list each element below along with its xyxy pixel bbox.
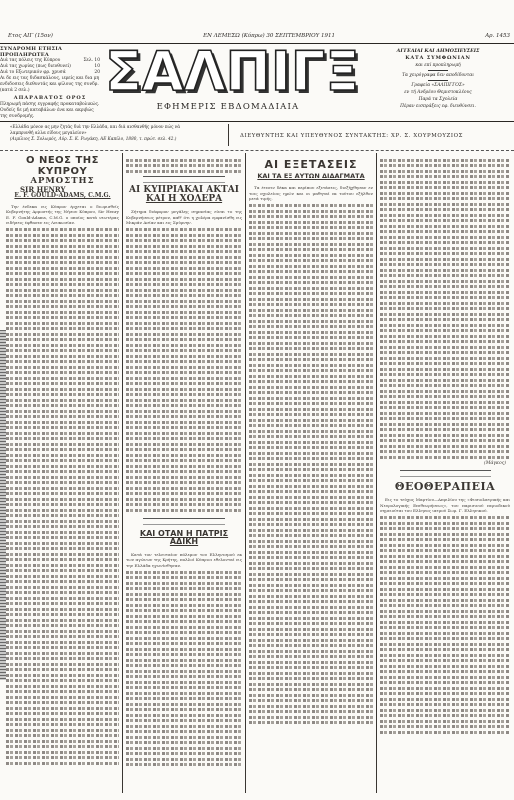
text-line <box>380 670 510 673</box>
text-line <box>380 610 510 613</box>
text-line <box>380 703 510 706</box>
text-line <box>6 459 119 462</box>
notices-line: Πέραν εισπράξεις εφ. διευθύνσει. <box>366 103 510 110</box>
terms-title: ΑΠΑΡΑΒΑΤΟΣ ΟΡΟΣ <box>0 95 100 101</box>
text-line <box>249 463 373 466</box>
text-line <box>126 448 242 451</box>
text-line <box>6 371 119 374</box>
text-line <box>380 247 510 250</box>
terms-text: Πληρωμή πάσης εγγραφής προκαταβολικώς. Ο… <box>0 102 100 120</box>
text-line <box>126 377 242 380</box>
text-line <box>126 631 242 634</box>
text-line <box>249 402 373 405</box>
text-line <box>380 698 510 701</box>
text-line <box>249 501 373 504</box>
subscription-box: ΣΥΝΔΡΟΜΗ ΕΤΗΣΙΑ ΠΡΟΠΛΗΡΩΤΕΑ Διά τας πόλε… <box>0 46 100 120</box>
text-line <box>380 164 510 167</box>
text-line <box>6 228 119 231</box>
text-line <box>126 170 242 173</box>
text-line <box>249 644 373 647</box>
text-line <box>126 344 242 347</box>
text-line <box>380 626 510 629</box>
text-line <box>6 289 119 292</box>
text-line <box>380 159 510 162</box>
text-line <box>6 624 119 627</box>
text-line <box>6 509 119 512</box>
ornament-divider <box>143 518 224 525</box>
text-line <box>249 446 373 449</box>
article-headline: ΚΑΙ ΟΤΑΝ Η ΠΑΤΡΙΣ ΑΔΙΚΗ <box>126 530 242 547</box>
text-line <box>380 725 510 728</box>
text-line <box>249 298 373 301</box>
text-line <box>380 219 510 222</box>
text-line <box>6 619 119 622</box>
text-line <box>6 481 119 484</box>
text-line <box>249 490 373 493</box>
text-line <box>6 355 119 358</box>
text-line <box>126 653 242 656</box>
text-line <box>6 547 119 550</box>
text-line <box>380 406 510 409</box>
text-line <box>249 496 373 499</box>
masthead-letter: Π <box>225 46 270 98</box>
masthead-letter: Λ <box>184 46 226 98</box>
text-line <box>380 296 510 299</box>
notices-box: ΑΓΓΕΛΙΑΙ ΚΑΙ ΔΗΜΟΣΙΕΥΣΕΙΣ ΚΑΤΑ ΣΥΜΦΩΝΙΑΝ… <box>366 48 510 110</box>
text-line <box>249 589 373 592</box>
text-line <box>6 487 119 490</box>
text-line <box>380 241 510 244</box>
text-line <box>126 239 242 242</box>
subscription-title: ΣΥΝΔΡΟΜΗ ΕΤΗΣΙΑ ΠΡΟΠΛΗΡΩΤΕΑ <box>0 46 100 58</box>
text-line <box>6 641 119 644</box>
text-line <box>126 393 242 396</box>
text-line <box>380 637 510 640</box>
article-lead: Κατά τον τελευταίον πόλεμον του Ελληνισμ… <box>126 552 242 569</box>
text-line <box>249 716 373 719</box>
text-line <box>249 248 373 251</box>
text-line <box>380 302 510 305</box>
text-line <box>6 333 119 336</box>
text-line <box>380 401 510 404</box>
notices-line: Τα χειρόγραφα δεν αποδίδονται <box>366 72 510 79</box>
text-line <box>380 582 510 585</box>
text-line <box>126 245 242 248</box>
text-line <box>6 283 119 286</box>
text-line <box>249 441 373 444</box>
text-line <box>380 549 510 552</box>
text-line <box>249 292 373 295</box>
text-line <box>249 606 373 609</box>
text-line <box>380 368 510 371</box>
text-line <box>6 415 119 418</box>
text-line <box>126 487 242 490</box>
text-line <box>249 380 373 383</box>
text-line <box>6 707 119 710</box>
text-line <box>249 408 373 411</box>
text-line <box>249 551 373 554</box>
text-line <box>126 470 242 473</box>
text-line <box>249 661 373 664</box>
year-label: Ετος ΑΙΓ (15ον) <box>8 33 53 43</box>
text-line <box>126 509 242 512</box>
epigraph-divider <box>228 124 229 146</box>
text-line <box>6 602 119 605</box>
text-line <box>6 382 119 385</box>
text-line <box>249 529 373 532</box>
text-line <box>126 730 242 733</box>
text-line <box>249 683 373 686</box>
text-line <box>6 575 119 578</box>
text-line <box>126 278 242 281</box>
text-line <box>6 498 119 501</box>
text-line <box>249 320 373 323</box>
text-line <box>380 225 510 228</box>
text-line <box>380 709 510 712</box>
text-line <box>126 648 242 651</box>
text-line <box>380 599 510 602</box>
text-line <box>126 305 242 308</box>
text-line <box>6 250 119 253</box>
text-line <box>249 567 373 570</box>
text-line <box>126 360 242 363</box>
text-line <box>126 322 242 325</box>
text-line <box>249 397 373 400</box>
text-line <box>249 342 373 345</box>
text-line <box>249 699 373 702</box>
text-line <box>380 544 510 547</box>
text-line <box>126 311 242 314</box>
text-line <box>126 670 242 673</box>
text-line <box>380 692 510 695</box>
article-examinations: ΑΙ ΕΞΕΤΑΣΕΙΣ ΚΑΙ ΤΑ ΕΞ ΑΥΤΩΝ ΔΙΔΑΓΜΑΤΑ Τ… <box>249 156 373 796</box>
article-headline: ΑΙ ΕΞΕΤΑΣΕΙΣ <box>249 159 373 171</box>
text-line <box>126 371 242 374</box>
text-line <box>6 569 119 572</box>
notices-divider <box>428 80 448 81</box>
text-line <box>6 261 119 264</box>
text-line <box>126 498 242 501</box>
text-line <box>249 573 373 576</box>
text-line <box>126 763 242 766</box>
column-divider <box>122 153 123 793</box>
text-line <box>126 758 242 761</box>
text-line <box>249 677 373 680</box>
text-line <box>380 566 510 569</box>
text-line <box>249 325 373 328</box>
article-cyprus-coasts-cholera: ΑΙ ΚΥΠΡΙΑΚΑΙ ΑΚΤΑΙ ΚΑΙ Η ΧΟΛΕΡΑ Ζήτημα δ… <box>126 186 242 512</box>
text-line <box>126 598 242 601</box>
text-line <box>249 413 373 416</box>
text-line <box>126 659 242 662</box>
text-line <box>6 696 119 699</box>
text-line <box>380 615 510 618</box>
text-line <box>380 593 510 596</box>
text-line <box>380 412 510 415</box>
text-line <box>6 344 119 347</box>
text-line <box>249 358 373 361</box>
text-line <box>249 633 373 636</box>
text-line <box>126 234 242 237</box>
text-line <box>6 349 119 352</box>
text-line <box>249 595 373 598</box>
text-line <box>380 186 510 189</box>
text-line <box>126 492 242 495</box>
text-line <box>126 692 242 695</box>
text-line <box>380 604 510 607</box>
subscription-note: Αι δε εις τας διδασκάλους, ιερείς και δι… <box>0 76 100 94</box>
article-headline: ΚΑΙ ΤΑ ΕΞ ΑΥΤΩΝ ΔΙΔΑΓΜΑΤΑ <box>249 173 373 180</box>
text-line <box>126 593 242 596</box>
text-line <box>380 230 510 233</box>
masthead: Σ Α Λ Π Ι Γ Ξ ΕΦΗΜΕΡΙΣ ΕΒΔΟΜΑΔΙΑΙΑ <box>103 46 353 116</box>
text-line <box>126 626 242 629</box>
notices-line: ΚΑΤΑ ΣΥΜΦΩΝΙΑΝ <box>366 55 510 62</box>
text-line <box>249 314 373 317</box>
text-line <box>249 226 373 229</box>
text-line <box>380 423 510 426</box>
text-line <box>380 236 510 239</box>
text-line <box>6 492 119 495</box>
notices-line: Παρά τα Σχολεία <box>366 96 510 103</box>
text-line <box>380 269 510 272</box>
text-line <box>380 192 510 195</box>
text-line <box>126 604 242 607</box>
text-line <box>380 307 510 310</box>
text-line <box>249 540 373 543</box>
text-line <box>249 562 373 565</box>
text-line <box>126 609 242 612</box>
text-line <box>126 164 242 167</box>
text-line <box>380 648 510 651</box>
text-line <box>380 527 510 530</box>
text-line <box>126 294 242 297</box>
text-line <box>126 415 242 418</box>
text-line <box>6 685 119 688</box>
text-line <box>6 646 119 649</box>
text-line <box>6 613 119 616</box>
article-theotherapy: ΘΕΟΘΕΡΑΠΕΙΑ Εις το τεύχος Μαρτίου—Απριλί… <box>380 481 510 734</box>
text-line <box>126 399 242 402</box>
text-line <box>6 597 119 600</box>
text-line <box>6 630 119 633</box>
text-line <box>380 632 510 635</box>
text-line <box>249 705 373 708</box>
text-line <box>6 580 119 583</box>
text-line <box>249 391 373 394</box>
text-line <box>380 203 510 206</box>
text-line <box>380 263 510 266</box>
text-line <box>380 665 510 668</box>
text-line <box>126 289 242 292</box>
text-line <box>6 542 119 545</box>
text-line <box>249 710 373 713</box>
text-line <box>380 324 510 327</box>
text-line <box>126 426 242 429</box>
text-line <box>126 272 242 275</box>
article-headline: Ο ΝΕΟΣ ΤΗΣ ΚΥΠΡΟΥ <box>6 156 119 177</box>
text-line <box>6 410 119 413</box>
text-line <box>249 254 373 257</box>
text-line <box>126 697 242 700</box>
text-line <box>6 745 119 748</box>
text-line <box>6 531 119 534</box>
text-line <box>249 672 373 675</box>
text-line <box>380 351 510 354</box>
text-line <box>6 426 119 429</box>
text-line <box>126 615 242 618</box>
text-line <box>249 375 373 378</box>
text-line <box>380 280 510 283</box>
text-line <box>249 523 373 526</box>
text-line <box>249 479 373 482</box>
text-line <box>6 454 119 457</box>
text-line <box>249 666 373 669</box>
text-line <box>380 362 510 365</box>
article-lead: Τα έτεσιν δέκα και περίπου εξετάσεις, δι… <box>249 185 373 202</box>
text-line <box>6 553 119 556</box>
notices-title: ΑΓΓΕΛΙΑΙ ΚΑΙ ΔΗΜΟΣΙΕΥΣΕΙΣ <box>366 48 510 55</box>
text-line <box>380 428 510 431</box>
text-line <box>249 468 373 471</box>
text-line <box>126 642 242 645</box>
text-line <box>380 379 510 382</box>
text-line <box>126 267 242 270</box>
text-line <box>6 393 119 396</box>
text-line <box>126 338 242 341</box>
text-line <box>249 386 373 389</box>
text-line <box>6 432 119 435</box>
text-line <box>380 340 510 343</box>
text-line <box>126 686 242 689</box>
text-line <box>249 534 373 537</box>
text-line <box>6 729 119 732</box>
text-line <box>6 536 119 539</box>
text-line <box>249 210 373 213</box>
text-line <box>6 701 119 704</box>
text-line <box>249 688 373 691</box>
text-line <box>249 221 373 224</box>
text-line <box>6 564 119 567</box>
text-line <box>249 232 373 235</box>
text-line <box>6 316 119 319</box>
text-line <box>126 582 242 585</box>
masthead-title: Σ Α Λ Π Ι Γ Ξ <box>103 46 353 98</box>
text-line <box>6 443 119 446</box>
text-line <box>126 481 242 484</box>
text-line <box>126 454 242 457</box>
text-line <box>6 256 119 259</box>
text-line <box>6 338 119 341</box>
text-line <box>249 435 373 438</box>
text-line <box>126 703 242 706</box>
text-line <box>380 538 510 541</box>
text-line <box>126 736 242 739</box>
text-line <box>126 432 242 435</box>
text-line <box>6 278 119 281</box>
text-line <box>249 281 373 284</box>
notices-line: εν τή Ανδρέου Θεμιστοκλέους <box>366 89 510 96</box>
text-line <box>249 518 373 521</box>
text-line <box>249 639 373 642</box>
text-line <box>249 419 373 422</box>
text-line <box>126 714 242 717</box>
text-line <box>126 587 242 590</box>
masthead-letter: Γ <box>291 46 325 98</box>
text-line <box>6 377 119 380</box>
text-line <box>380 285 510 288</box>
text-line <box>380 588 510 591</box>
text-line <box>126 752 242 755</box>
text-line <box>380 390 510 393</box>
text-line <box>249 655 373 658</box>
text-line <box>6 674 119 677</box>
text-line <box>380 434 510 437</box>
column-divider <box>245 153 246 793</box>
text-line <box>249 457 373 460</box>
text-line <box>126 476 242 479</box>
text-line <box>126 256 242 259</box>
text-line <box>249 452 373 455</box>
text-line <box>380 335 510 338</box>
text-line <box>126 159 242 162</box>
text-line <box>249 215 373 218</box>
text-line <box>380 274 510 277</box>
text-line <box>6 712 119 715</box>
text-line <box>126 725 242 728</box>
text-line <box>126 459 242 462</box>
text-line <box>126 675 242 678</box>
text-line <box>380 571 510 574</box>
text-line <box>6 591 119 594</box>
article-new-governor: Ο ΝΕΟΣ ΤΗΣ ΚΥΠΡΟΥ ΑΡΜΟΣΤΗΣ SIR HENRY E. … <box>6 156 119 796</box>
text-line <box>126 681 242 684</box>
article-lead: Ζήτημα διάφορον μεγάλης σημασίας είναι τ… <box>126 209 242 226</box>
text-line <box>380 731 510 734</box>
text-line <box>249 617 373 620</box>
article-lead: Εις το τεύχος Μαρτίου—Απριλίου της «Φυσι… <box>380 497 510 514</box>
text-line <box>249 270 373 273</box>
article-headline: E. F. GOULD-ADAMS, C.M.G. <box>6 193 119 199</box>
text-line <box>380 357 510 360</box>
masthead-letter: Σ <box>105 46 142 98</box>
text-line <box>126 576 242 579</box>
text-line <box>380 522 510 525</box>
text-line <box>249 512 373 515</box>
text-line <box>6 723 119 726</box>
header-bottom-rule <box>0 121 514 122</box>
text-line <box>6 327 119 330</box>
text-line <box>126 741 242 744</box>
article-headline: ΘΕΟΘΕΡΑΠΕΙΑ <box>380 481 510 493</box>
text-line <box>6 322 119 325</box>
text-line <box>126 355 242 358</box>
text-line <box>249 545 373 548</box>
text-line <box>6 608 119 611</box>
text-line <box>249 243 373 246</box>
text-line <box>249 628 373 631</box>
epigraph-source: (Αιμίλιος Σ. Σολωμός, Λύρ. Σ. Κ. Ρωγάκη,… <box>10 136 185 142</box>
text-line <box>6 360 119 363</box>
text-line <box>380 439 510 442</box>
text-line <box>380 654 510 657</box>
text-line <box>249 611 373 614</box>
text-line <box>6 762 119 765</box>
text-line <box>249 369 373 372</box>
text-line <box>249 485 373 488</box>
article-lead: Την ένδεκα εις Κύπρον έρχεται ο διωρισθε… <box>6 204 119 226</box>
text-line <box>6 311 119 314</box>
